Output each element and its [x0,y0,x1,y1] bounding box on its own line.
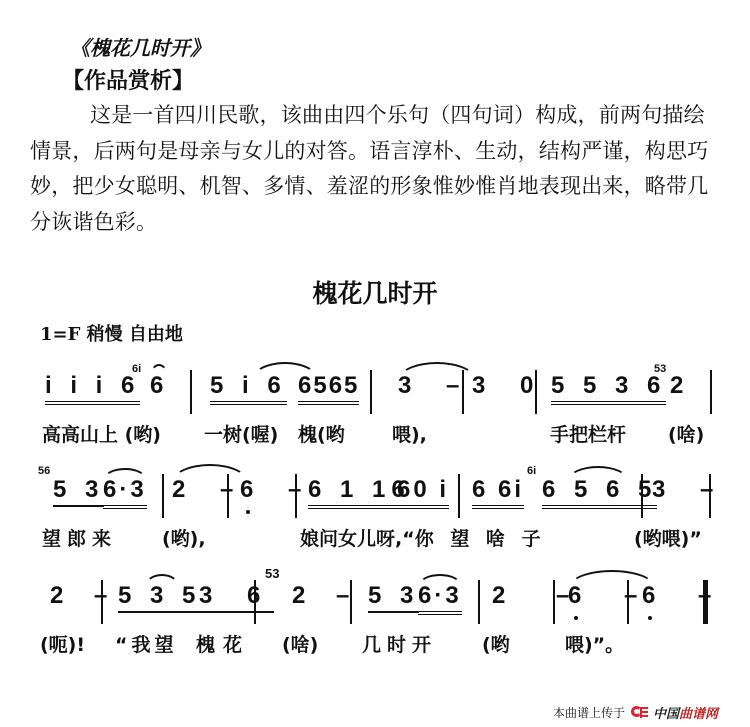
slur [103,468,147,480]
lyric: (啥) [282,630,318,657]
lyric: “我望 [115,630,178,657]
barline [350,580,352,624]
barline [227,474,229,518]
measure-15a-notes: 5 3 [368,582,419,613]
lyric: (哟), [162,524,206,551]
low-octave-dot [574,616,578,620]
measure-9a-notes: 6 1 16 [308,476,411,509]
lyric: 望郎来 [42,524,117,551]
site-name[interactable]: 中国曲谱网 [653,703,718,722]
lyric: 几时开 [362,630,437,657]
lyric: (哟喂)” [634,524,702,551]
section-heading: 【作品赏析】 [62,64,194,95]
score-line-1: i i i 6 6i 6 5 i 6 6565 3 – 3 0 5 5 3 6 … [0,368,750,468]
measure-18-notes: 6 – [642,582,729,610]
barline [162,474,164,518]
book-title: 《槐花几时开》 [70,32,210,61]
low-octave-dot [648,616,652,620]
footer-watermark: 本曲谱上传于 中国曲谱网 [553,703,718,722]
measure-6a-notes: 5 3 [53,476,104,507]
barline [190,370,192,414]
grace-note: 53 [654,364,666,375]
barline [101,580,103,624]
slur [418,574,462,586]
lyric: (呃)! [40,630,85,657]
measure-6b-notes: 6·3 [103,476,147,509]
measure-12-notes: 2 – [50,582,119,610]
key-tempo-marking: 1=F 稍慢 自由地 [40,320,183,346]
lyric: 高高山上 (哟) [42,420,161,447]
site-logo-icon [631,706,647,719]
measure-2b-notes: 6565 [298,372,359,405]
lyric: 槐花 [196,630,250,657]
measure-13a-notes: 5 3 5 [118,582,201,613]
fermata-arc [150,364,168,376]
low-octave-dot [246,510,250,514]
barline [254,580,256,624]
measure-15b-notes: 6·3 [418,582,462,615]
lyric: 一树(喔) [204,420,278,447]
barline [710,370,712,414]
score-title: 槐花几时开 [0,274,750,310]
grace-note: 56 [38,466,50,477]
grace-note: 6i [132,364,141,375]
measure-10a-notes: 6 6i [472,476,524,509]
measure-11-notes: 3 – [652,476,727,504]
slur [568,466,628,480]
barline [627,580,629,624]
barline [553,580,555,624]
barline [478,580,480,624]
measure-5-tail: 2 [670,372,689,400]
lyric: 娘问女儿呀,“你 望 啥 子 [300,524,541,551]
final-barline [703,580,708,624]
barline [458,474,460,518]
upload-text: 本曲谱上传于 [553,704,625,721]
barline [535,370,537,414]
measure-9b-notes: 60 i [397,476,449,509]
analysis-paragraph: 这是一首四川民歌，该曲由四个乐句（四句词）构成，前两句描绘情景，后两句是母亲与女… [30,98,720,240]
barline [295,474,297,518]
measure-7-notes: 2 – [172,476,247,504]
measure-5-notes: 5 5 3 6 [551,372,666,405]
lyric: (啥) [668,420,704,447]
lyric: 喂), [392,420,427,447]
barline [370,370,372,414]
barline [641,474,643,518]
lyric: 手把栏杆 [550,420,626,447]
measure-1-notes: i i i 6 [45,372,140,405]
score-line-2: 56 5 3 6·3 2 – 6 – 6 1 16 60 i 6 6i 6i 6… [0,472,750,572]
grace-note: 6i [527,466,536,477]
lyric: 喂)”。 [565,630,624,657]
lyric: 槐(哟 [298,420,345,447]
measure-13b-notes: 3 6 [199,582,274,613]
measure-8-notes: 6 – [240,476,315,504]
measure-1-tail: 6 [150,372,169,400]
barline [709,474,711,518]
score-line-3: 2 – 5 3 5 3 6 53 2 – 5 3 6·3 2 – 6 – 6 –… [0,578,750,678]
barline [462,370,464,414]
grace-note: 53 [265,568,279,579]
slur [145,574,179,586]
lyric: (哟 [482,630,510,657]
